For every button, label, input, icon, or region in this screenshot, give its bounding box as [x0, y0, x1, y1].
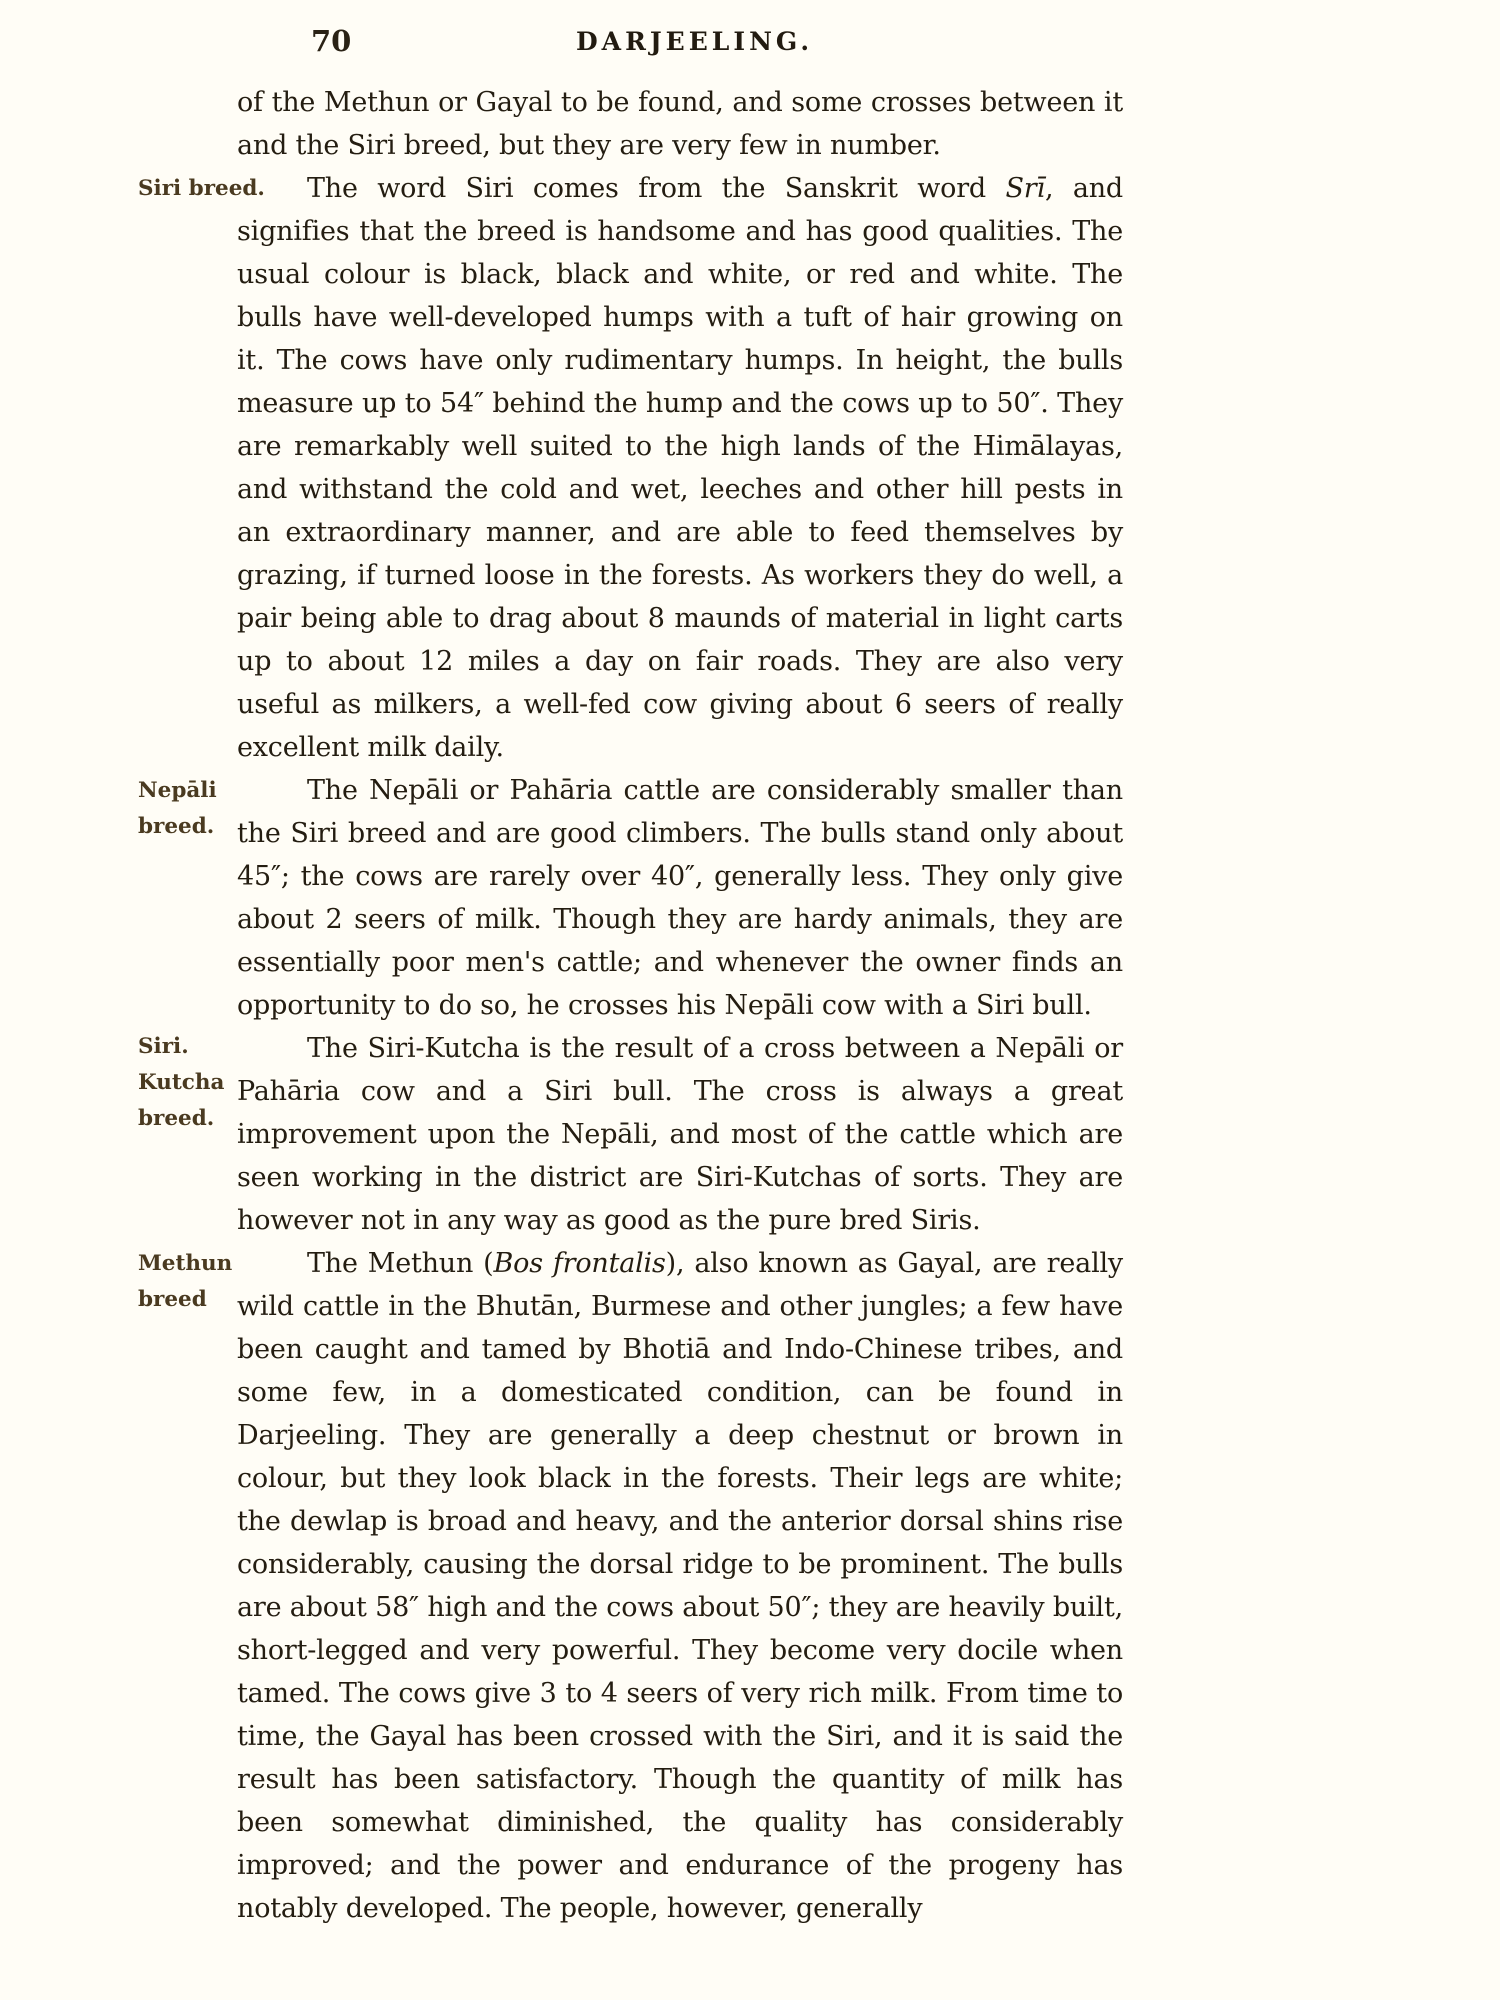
paragraph-text: , and signifies that the breed is handso… — [237, 173, 1123, 763]
paragraph-continuation: of the Methun or Gayal to be found, and … — [237, 81, 1123, 167]
margin-note-siri-breed: Siri breed. — [138, 171, 308, 207]
species-name-italic: Bos frontalis — [494, 1248, 666, 1279]
page-number: 70 — [311, 24, 351, 58]
paragraph-text: The word Siri comes from the Sanskrit wo… — [307, 173, 1006, 204]
paragraph-nepali-breed: Nepāli breed.The Nepāli or Pahāria cattl… — [237, 769, 1123, 1027]
margin-note-methun-breed: Methun breed — [138, 1246, 308, 1318]
margin-note-nepali-breed: Nepāli breed. — [138, 773, 308, 845]
paragraph-text: The Methun ( — [307, 1248, 494, 1279]
text-block: of the Methun or Gayal to be found, and … — [237, 81, 1123, 1930]
paragraph-text: The Nepāli or Pahāria cattle are conside… — [237, 775, 1123, 1021]
book-page: 70 DARJEELING. of the Methun or Gayal to… — [0, 0, 1500, 2000]
paragraph-siri-kutcha-breed: Siri. Kutcha breed.The Siri-Kutcha is th… — [237, 1027, 1123, 1242]
margin-note-siri-kutcha-breed: Siri. Kutcha breed. — [138, 1029, 308, 1137]
paragraph-siri-breed: Siri breed.The word Siri comes from the … — [237, 167, 1123, 769]
paragraph-methun-breed: Methun breedThe Methun (Bos frontalis), … — [237, 1242, 1123, 1930]
sanskrit-word-italic: Srī — [1006, 173, 1045, 204]
paragraph-text: ), also known as Gayal, are really wild … — [237, 1248, 1123, 1924]
paragraph-text: The Siri-Kutcha is the result of a cross… — [237, 1033, 1123, 1236]
running-header-title: DARJEELING. — [576, 27, 813, 56]
